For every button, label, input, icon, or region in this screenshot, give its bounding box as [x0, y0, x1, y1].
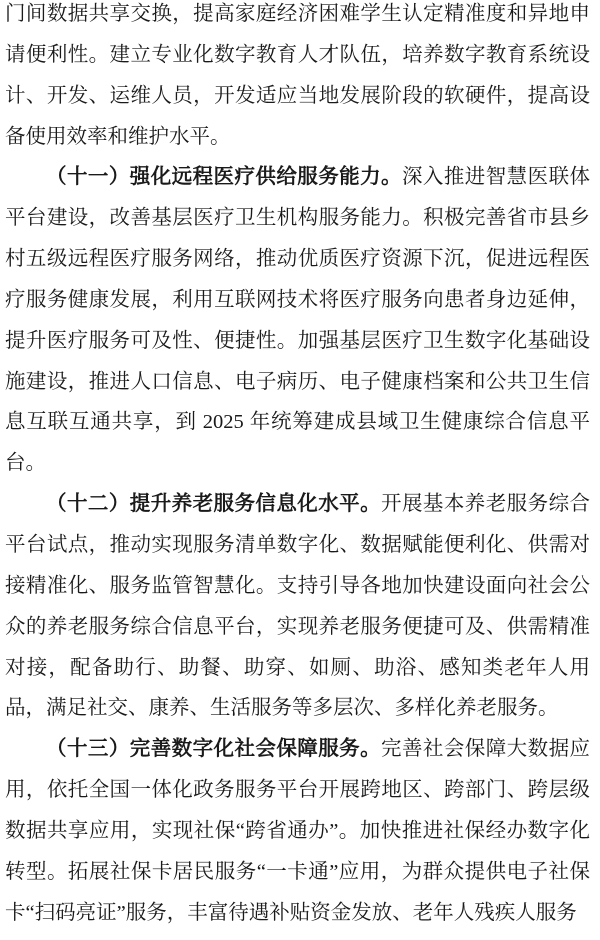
paragraph-text: 深入推进智慧医联体平台建设，改善基层医疗卫生机构服务能力。积极完善省市县乡村五级… — [5, 166, 590, 474]
paragraph-item-12: （十二）提升养老服务信息化水平。开展基本养老服务综合平台试点，推动实现服务清单数… — [5, 484, 590, 729]
paragraph-continuation: 门间数据共享交换，提高家庭经济困难学生认定精准度和异地申请便利性。建立专业化数字… — [5, 0, 590, 157]
document-page: 门间数据共享交换，提高家庭经济困难学生认定精准度和异地申请便利性。建立专业化数字… — [0, 0, 600, 940]
paragraph-text: 完善社会保障大数据应用，依托全国一体化政务服务平台开展跨地区、跨部门、跨层级数据… — [5, 738, 590, 923]
paragraph-heading: （十三）完善数字化社会保障服务。 — [46, 738, 381, 760]
paragraph-item-11: （十一）强化远程医疗供给服务能力。深入推进智慧医联体平台建设，改善基层医疗卫生机… — [5, 157, 590, 484]
paragraph-heading: （十一）强化远程医疗供给服务能力。 — [46, 166, 402, 188]
paragraph-text: 开展基本养老服务综合平台试点，推动实现服务清单数字化、数据赋能便利化、供需对接精… — [5, 493, 590, 719]
paragraph-text: 门间数据共享交换，提高家庭经济困难学生认定精准度和异地申请便利性。建立专业化数字… — [5, 3, 590, 148]
document-body: 门间数据共享交换，提高家庭经济困难学生认定精准度和异地申请便利性。建立专业化数字… — [0, 0, 600, 933]
paragraph-heading: （十二）提升养老服务信息化水平。 — [46, 493, 381, 515]
paragraph-item-13: （十三）完善数字化社会保障服务。完善社会保障大数据应用，依托全国一体化政务服务平… — [5, 729, 590, 933]
